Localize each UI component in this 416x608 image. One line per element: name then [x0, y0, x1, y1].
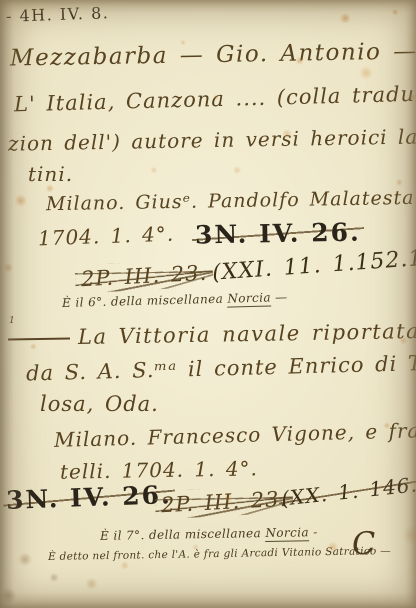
entry2-note-collection-name: Norcia: [265, 525, 309, 542]
entry1-note-text: È il 6°. della miscellanea: [62, 292, 223, 310]
corner-letter: C: [351, 525, 378, 562]
entry2-new-shelfmark: (XX. 1. 146.): [277, 469, 416, 513]
entry1-title-line-1: L' Italia, Canzona .... (colla tradu-: [14, 82, 416, 117]
entry2-old-shelfmark-2: 2P. III. 23.: [154, 484, 294, 519]
entry2-title-line-1: La Vittoria navale riportata: [78, 319, 416, 349]
entry1-note-collection-name: Norcia: [227, 290, 271, 307]
entry1-imprint: Milano. Giusᵉ. Pandolfo Malatesta.: [46, 187, 416, 216]
entry2-note-dash: -: [313, 525, 318, 539]
entry1-old-shelfmark-1: 3N. IV. 26.: [192, 218, 364, 250]
entry2-old-shelfmark-1: 3N. IV. 26.: [3, 480, 176, 515]
entry1-title-line-3: tini.: [28, 162, 73, 186]
entry2-title-line-2: da S. A. S.ᵐᵃ il conte Enrico di To-: [26, 351, 416, 386]
entry1-old-shelfmark-2: 2P. III. 23.: [74, 258, 214, 293]
entry1-author-heading: Mezzabarba — Gio. Antonio —: [10, 38, 416, 71]
entry1-collation: 1704. 1. 4°.: [38, 222, 175, 251]
entry2-note-text: È il 7°. della miscellanea: [100, 526, 261, 543]
entry1-miscellanea-note: È il 6°. della miscellanea Norcia —: [62, 290, 288, 310]
call-number-top: - 4H. IV. 8.: [6, 3, 110, 26]
entry2-footnote: È detto nel front. che l'A. è fra gli Ar…: [48, 545, 391, 563]
entry2-miscellanea-note: È il 7°. della miscellanea Norcia -: [100, 525, 318, 543]
entry1-title-line-2: zion dell') autore in versi heroici la-: [8, 124, 416, 155]
entry2-ditto-dash: [8, 337, 70, 340]
entry2-margin-mark: 1: [9, 316, 15, 326]
entry1-note-dash: —: [275, 290, 288, 304]
entry2-imprint-line-1: Milano. Francesco Vigone, e fra-: [54, 418, 416, 452]
entry1-new-shelfmark: (XXI. 11. 1.152.1): [211, 245, 416, 285]
manuscript-page: - 4H. IV. 8. Mezzabarba — Gio. Antonio —…: [0, 0, 416, 608]
entry2-title-line-3: losa, Oda.: [40, 392, 159, 416]
